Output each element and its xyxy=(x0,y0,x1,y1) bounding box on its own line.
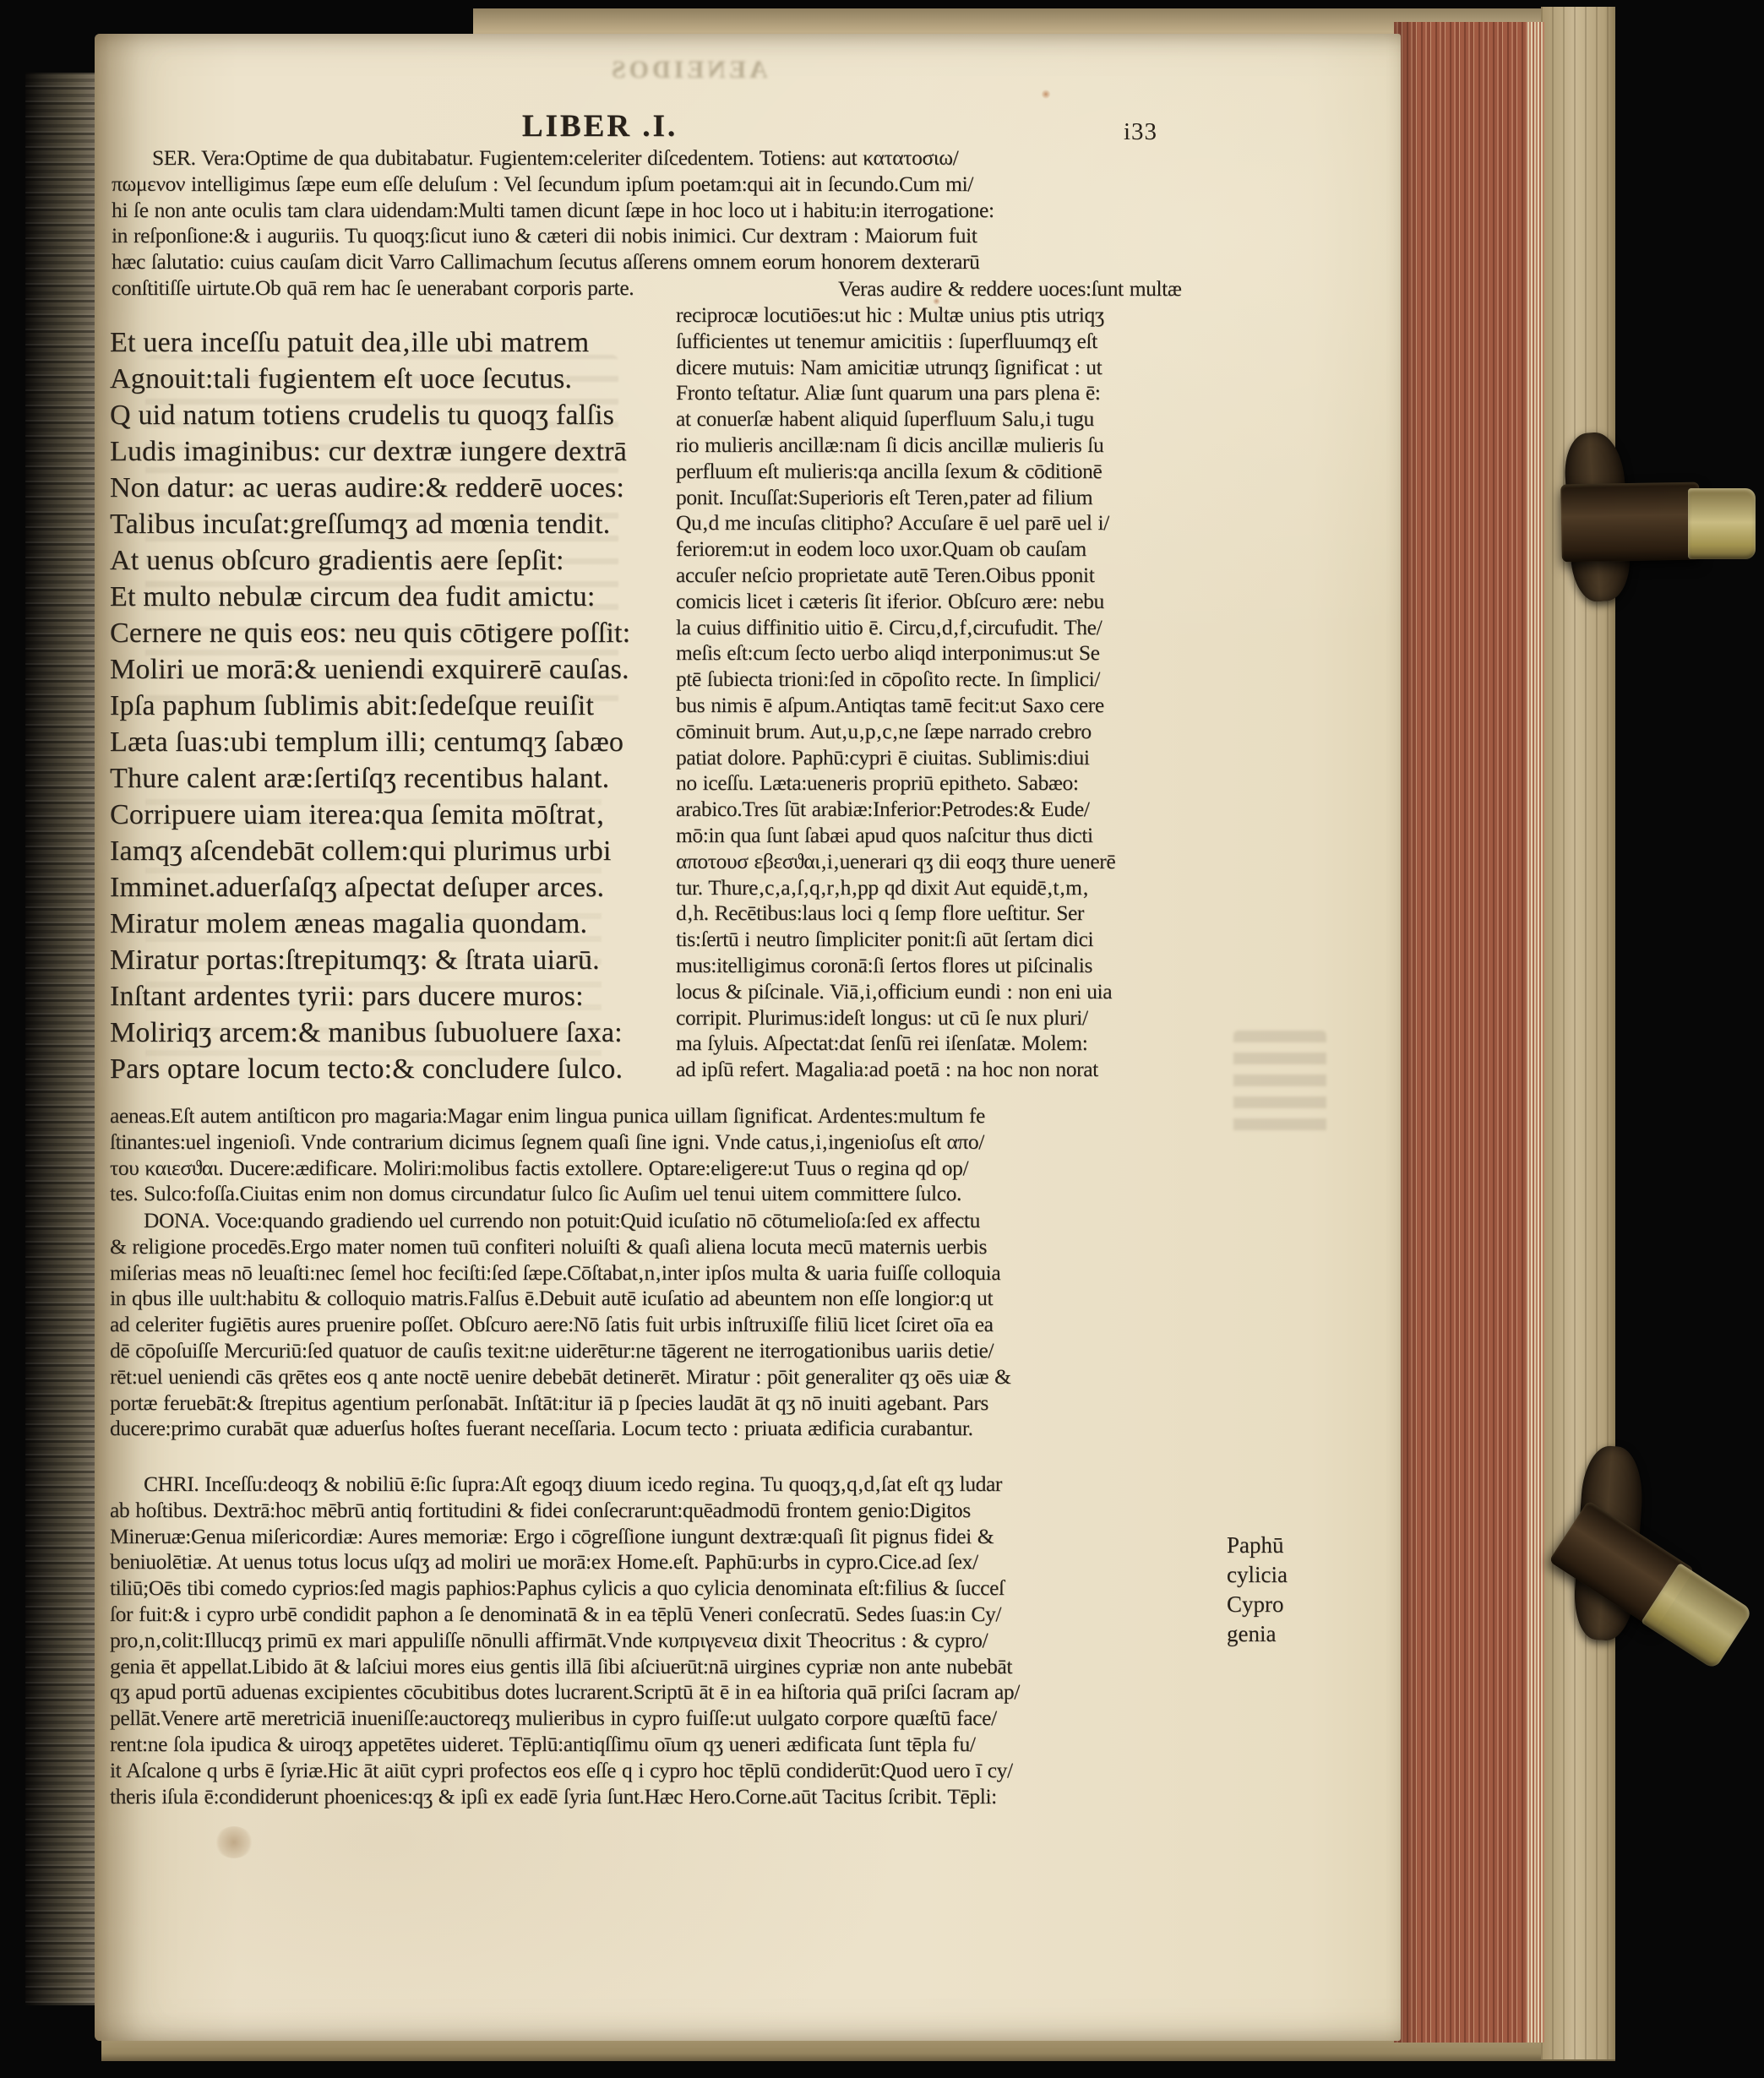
printed-margin-note: PaphūcyliciaCyprogenia xyxy=(1227,1531,1362,1649)
commentary-line: at conuerſæ habent aliquid ſuperfluum Sa… xyxy=(676,406,1233,432)
margin-note-line: genia xyxy=(1227,1619,1362,1649)
running-title: LIBER .I. xyxy=(439,108,760,144)
red-stained-fore-edge xyxy=(1394,22,1544,2043)
verse-line: Et uera inceſſu patuit dea‚ille ubi matr… xyxy=(110,324,752,361)
commentary-line: Qu‚d me incuſas clitipho? Accuſare ē uel… xyxy=(676,510,1233,536)
commentary-line: ponit. Incuſſat:Superioris eſt Teren‚pat… xyxy=(676,485,1233,511)
text-line: aeneas.Eſt autem antiſticon pro magaria:… xyxy=(110,1103,1242,1129)
text-line: ad celeriter fugiētis aures pruenire poſ… xyxy=(110,1312,1242,1338)
verse-line: Thure calent aræ:ſertiſqʒ recentibus hal… xyxy=(110,760,752,797)
commentary-line: comicis licet i cæteris ſit iferior. Obſ… xyxy=(676,589,1233,615)
commentary-line: no iceſſu. Læta:ueneris propriū epitheto… xyxy=(676,770,1233,797)
dona-paragraph: DONA. Voce:quando gradiendo uel currendo… xyxy=(110,1208,1242,1442)
text-line: pro‚n‚colit:Illucqʒ primū ex mari appuli… xyxy=(110,1628,1242,1654)
text-line: Mineruæ:Genua miſericordiæ: Aures memori… xyxy=(110,1524,1242,1550)
verse-line: Læta ſuas:ubi templum illi; centumqʒ ſab… xyxy=(110,724,752,760)
commentary-line: arabico.Tres ſūt arabiæ:Inferior:Petrode… xyxy=(676,797,1233,823)
commentary-column: reciprocæ locutiōes:ut hic : Multæ unius… xyxy=(676,302,1233,1083)
commentary-line: patiat dolore. Paphū:cypri ē ciuitas. Su… xyxy=(676,745,1233,771)
text-line: in reſponſione:& i auguriis. Tu quoqʒ:ſi… xyxy=(112,223,1244,249)
verse-line: Talibus incuſat:greſſumqʒ ad mœnia tendi… xyxy=(110,506,752,542)
commentary-line: tur. Thure‚c‚a‚ſ‚q‚r‚h‚pp qd dixit Aut e… xyxy=(676,875,1233,901)
book-photo-scene: AENEIDOS LIBER .I. i33 SER. Vera:Optime … xyxy=(0,0,1764,2078)
verse-line: Non datur: ac ueras audire:& redderē uoc… xyxy=(110,470,752,506)
text-line: ab hoſtibus. Dextrā:hoc mēbrū antiq fort… xyxy=(110,1498,1242,1524)
text-line: tiliū;Oēs tibi comedo cyprios:ſed magis … xyxy=(110,1575,1242,1602)
text-line: theris iſula ē:condiderunt phoenices:qʒ … xyxy=(110,1784,1242,1810)
text-line: ſor fuit:& i cypro urbē condidit paphon … xyxy=(110,1602,1242,1628)
verse-line: Et multo nebulæ circum dea fudit amictu: xyxy=(110,579,752,615)
page-surface: AENEIDOS LIBER .I. i33 SER. Vera:Optime … xyxy=(95,34,1401,2041)
commentary-line: Fronto teſtatur. Aliæ ſunt quarum una pa… xyxy=(676,380,1233,406)
verse-line: At uenus obſcuro gradientis aere ſepſit: xyxy=(110,542,752,579)
text-line: in qbus ille uult:habitu & colloquio mat… xyxy=(110,1286,1242,1312)
verse-line: Iamqʒ aſcendebāt collem:qui plurimus urb… xyxy=(110,833,752,869)
commentary-line: rio mulieris ancillæ:nam ſi dicis ancill… xyxy=(676,432,1233,459)
vellum-cover-right-edge xyxy=(1541,7,1615,2059)
text-line: genia ēt appellat.Libido āt & laſciui mo… xyxy=(110,1654,1242,1680)
text-line: πωμενον intelligimus ſæpe eum eſſe deluſ… xyxy=(112,171,1244,198)
commentary-line: tis:ſertū i neutro ſimpliciter ponit:ſi … xyxy=(676,927,1233,953)
commentary-line: corripit. Plurimus:ideſt longus: ut cū ſ… xyxy=(676,1005,1233,1031)
margin-note-line: Cypro xyxy=(1227,1590,1362,1619)
text-line: CHRI. Inceſſu:deoqʒ & nobiliū ē:ſic ſupr… xyxy=(110,1471,1242,1498)
stain xyxy=(1041,90,1051,99)
stain xyxy=(215,1826,253,1858)
text-line: hæc ſalutatio: cuius cauſam dicit Varro … xyxy=(112,249,1244,275)
verse-line: Inſtant ardentes tyrii: pars ducere muro… xyxy=(110,978,752,1015)
commentary-line: mus:itelligimus coronā:ſi ſertos flores … xyxy=(676,953,1233,979)
commentary-line: ad ipſū refert. Magalia:ad poetā : na ho… xyxy=(676,1057,1233,1083)
upper-clasp-strap xyxy=(1560,482,1701,563)
text-line: ſtinantes:uel ingenioſi. Vnde contrarium… xyxy=(110,1129,1242,1156)
text-line: hi ſe non ante oculis tam clara uidendam… xyxy=(112,198,1244,224)
verse-line: Moliri ue morā:& ueniendi exquirerē cauſ… xyxy=(110,651,752,688)
verse-line: Moliriqʒ arcem:& manibus ſubuoluere ſaxa… xyxy=(110,1015,752,1051)
commentary-line: ma ſyluis. Aſpectat:dat ſenſū rei iſenſa… xyxy=(676,1031,1233,1057)
commentary-line: la cuius diffinitio uitio ē. Circu‚d‚f‚c… xyxy=(676,615,1233,641)
commentary-line: perfluum eſt mulieris:qa ancilla ſexum &… xyxy=(676,459,1233,485)
commentary-opening-line: Veras audire & reddere uoces:ſunt multæ xyxy=(838,276,1181,302)
commentary-line: d‚h. Recētibus:laus loci q ſemp flore ue… xyxy=(676,900,1233,927)
paper-leaf-edges xyxy=(1527,22,1544,2043)
text-line: qʒ apud portū aduenas excipientes cōcubi… xyxy=(110,1679,1242,1705)
text-line: & religione procedēs.Ergo mater nomen tu… xyxy=(110,1234,1242,1260)
commentary-line: reciprocæ locutiōes:ut hic : Multæ unius… xyxy=(676,302,1233,329)
text-line: it Aſcalone q urbs ē ſyriæ.Hic āt aiūt c… xyxy=(110,1758,1242,1784)
commentary-line: dicere mutuis: Nam amicitiæ utrunqʒ ſign… xyxy=(676,355,1233,381)
show-through-running-title: AENEIDOS xyxy=(608,56,768,84)
folio-number: i33 xyxy=(1124,118,1157,146)
verse-line: Ludis imaginibus: cur dextræ iungere dex… xyxy=(110,433,752,470)
text-line: του καιεσϑαι. Ducere:ædificare. Moliri:m… xyxy=(110,1156,1242,1182)
chri-paragraph: CHRI. Inceſſu:deoqʒ & nobiliū ē:ſic ſupr… xyxy=(110,1471,1242,1809)
margin-note-line: cylicia xyxy=(1227,1560,1362,1590)
verse-line: Corripuere uiam iterea:qua ſemita mōſtra… xyxy=(110,797,752,833)
text-line: SER. Vera:Optime de qua dubitabatur. Fug… xyxy=(112,145,1244,171)
text-line: tes. Sulco:foſſa.Ciuitas enim non domus … xyxy=(110,1181,1242,1207)
text-line: miſerias meas nō leuaſti:nec ſemel hoc f… xyxy=(110,1260,1242,1287)
verse-line: Imminet.aduerſaſqʒ aſpectat deſuper arce… xyxy=(110,869,752,906)
verse-line: Miratur molem æneas magalia quondam. xyxy=(110,906,752,942)
verse-line: Pars optare locum tecto:& concludere ſul… xyxy=(110,1051,752,1087)
text-line: rent:ne ſola ipudica & uiroqʒ appetētes … xyxy=(110,1732,1242,1758)
aeneid-verse-column: Et uera inceſſu patuit dea‚ille ubi matr… xyxy=(110,324,752,1087)
commentary-line: bus nimis ē aſpum.Antiqtas tamē fecit:ut… xyxy=(676,693,1233,719)
verse-line: Ipſa paphum ſublimis abit:ſedeſque reuiſ… xyxy=(110,688,752,724)
commentary-line: feriorem:ut in eodem loco uxor.Quam ob c… xyxy=(676,536,1233,563)
commentary-line: mō:in qua ſunt ſabæi apud quos naſcitur … xyxy=(676,823,1233,849)
text-line: DONA. Voce:quando gradiendo uel currendo… xyxy=(110,1208,1242,1234)
text-line: ducere:primo curabāt quæ aduerſus hoſtes… xyxy=(110,1416,1242,1442)
text-line: pellāt.Venere artē meretriciā inueniſſe:… xyxy=(110,1705,1242,1732)
show-through-margin-note xyxy=(1233,1031,1326,1140)
commentary-line: accuſer neſcio proprietate autē Teren.Oi… xyxy=(676,563,1233,589)
commentary-line: αποτουσ εβεσϑαι‚i‚uenerari qʒ dii eoqʒ t… xyxy=(676,849,1233,875)
margin-note-line: Paphū xyxy=(1227,1531,1362,1560)
commentary-line: ſufficientes ut tenemur amicitiis : ſupe… xyxy=(676,329,1233,355)
text-line: rēt:uel ueniendi cās qrētes eos q ante n… xyxy=(110,1364,1242,1390)
verse-line: Q uid natum totiens crudelis tu quoqʒ fa… xyxy=(110,397,752,433)
text-line: portæ feruebāt:& ſtrepitus agentium perſ… xyxy=(110,1390,1242,1417)
commentary-line: locus & piſcinale. Viā‚i‚officium eundi … xyxy=(676,979,1233,1005)
verse-line: Agnouit:tali fugientem eſt uoce ſecutus. xyxy=(110,361,752,397)
verse-line: Cernere ne quis eos: neu quis cōtigere p… xyxy=(110,615,752,651)
antisticon-paragraph: aeneas.Eſt autem antiſticon pro magaria:… xyxy=(110,1103,1242,1207)
text-line: beniuolētiæ. At uenus totus locus uſqʒ a… xyxy=(110,1549,1242,1575)
commentary-line: cōminuit brum. Aut‚u‚p‚c‚ne ſæpe narrado… xyxy=(676,719,1233,745)
verse-line: Miratur portas:ſtrepitumqʒ: & ſtrata uia… xyxy=(110,942,752,978)
commentary-line: meſis eſt:cum ſecto uerbo aliqd interpon… xyxy=(676,640,1233,666)
commentary-line: ptē ſubiecta trioni:ſed in cōpoſito rect… xyxy=(676,666,1233,693)
upper-clasp-brass-catch xyxy=(1688,488,1756,559)
text-line: dē cōpoſuiſſe Mercuriū:ſed quatuor de ca… xyxy=(110,1338,1242,1364)
